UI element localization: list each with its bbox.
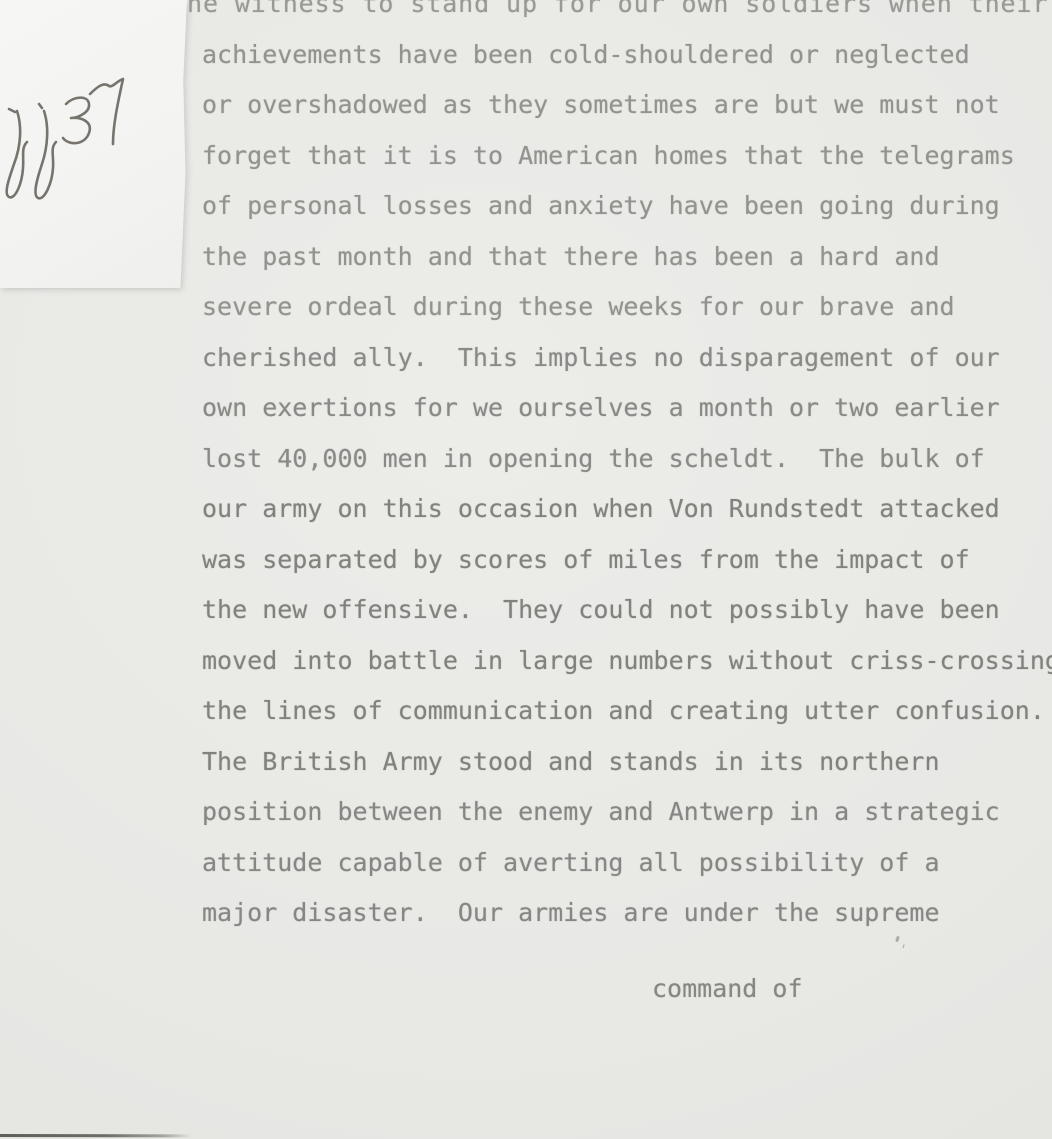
scanned-document-page: ne witness to stand up for our own soldi…	[0, 0, 1052, 1139]
handwritten-annotation-jj37	[0, 58, 146, 248]
text-line: attitude capable of averting all possibi…	[202, 838, 1052, 889]
text-line: the lines of communication and creating …	[202, 686, 1052, 737]
ink-smudge	[895, 936, 900, 943]
text-line: The British Army stood and stands in its…	[202, 737, 1052, 788]
paper-edge-line	[0, 1134, 192, 1137]
closing-line: command of	[652, 964, 803, 1015]
text-line: achievements have been cold-shouldered o…	[202, 30, 1052, 81]
text-line: the new offensive. They could not possib…	[202, 585, 1052, 636]
text-line: lost 40,000 men in opening the scheldt. …	[202, 434, 1052, 485]
text-line: ne witness to stand up for our own soldi…	[187, 0, 1052, 30]
text-line: cherished ally. This implies no disparag…	[202, 333, 1052, 384]
text-line: major disaster. Our armies are under the…	[202, 888, 1052, 939]
text-line: was separated by scores of miles from th…	[202, 535, 1052, 586]
text-line: our army on this occasion when Von Runds…	[202, 484, 1052, 535]
text-line: or overshadowed as they sometimes are bu…	[202, 80, 1052, 131]
text-line: own exertions for we ourselves a month o…	[202, 383, 1052, 434]
text-line: position between the enemy and Antwerp i…	[202, 787, 1052, 838]
typed-text-body: ne witness to stand up for our own soldi…	[202, 0, 1052, 939]
text-line: moved into battle in large numbers witho…	[202, 636, 1052, 687]
text-line: the past month and that there has been a…	[202, 232, 1052, 283]
text-line: severe ordeal during these weeks for our…	[202, 282, 1052, 333]
text-line: forget that it is to American homes that…	[202, 131, 1052, 182]
text-line: of personal losses and anxiety have been…	[202, 181, 1052, 232]
